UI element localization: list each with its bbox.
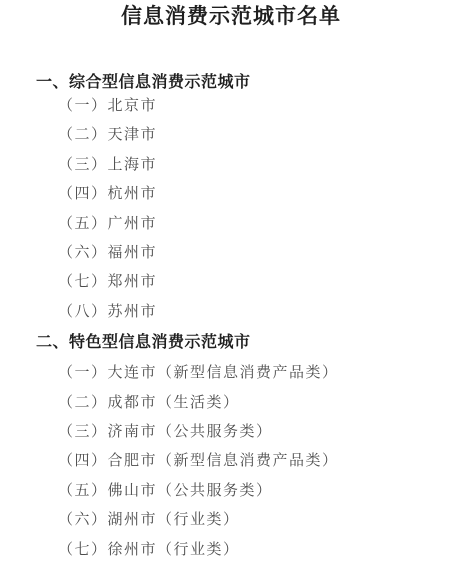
page-title: 信息消费示范城市名单 <box>0 0 462 30</box>
list-item: （二）成都市（生活类） <box>58 389 462 418</box>
list-item: （一）北京市 <box>58 92 462 121</box>
list-item: （七）徐州市（行业类） <box>58 536 462 565</box>
section-heading-special: 二、特色型信息消费示范城市 <box>36 334 462 352</box>
section-heading-comprehensive: 一、综合型信息消费示范城市 <box>36 74 462 92</box>
list-item: （五）广州市 <box>58 210 462 239</box>
list-item: （一）大连市（新型信息消费产品类） <box>58 359 462 388</box>
list-item: （六）福州市 <box>58 239 462 268</box>
list-item: （六）湖州市（行业类） <box>58 506 462 535</box>
list-item: （三）上海市 <box>58 151 462 180</box>
list-item: （二）天津市 <box>58 121 462 150</box>
document-page: 信息消费示范城市名单 一、综合型信息消费示范城市 （一）北京市 （二）天津市 （… <box>0 0 462 569</box>
comprehensive-city-list: （一）北京市 （二）天津市 （三）上海市 （四）杭州市 （五）广州市 （六）福州… <box>0 92 462 327</box>
list-item: （七）郑州市 <box>58 268 462 297</box>
special-city-list: （一）大连市（新型信息消费产品类） （二）成都市（生活类） （三）济南市（公共服… <box>0 359 462 565</box>
list-item: （五）佛山市（公共服务类） <box>58 477 462 506</box>
list-item: （四）杭州市 <box>58 180 462 209</box>
list-item: （八）苏州市 <box>58 298 462 327</box>
list-item: （四）合肥市（新型信息消费产品类） <box>58 447 462 476</box>
list-item: （三）济南市（公共服务类） <box>58 418 462 447</box>
